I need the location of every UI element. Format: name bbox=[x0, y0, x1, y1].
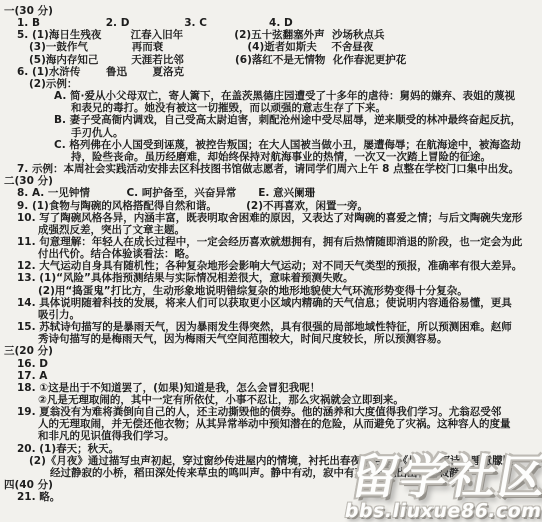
q13-part1-answer: 13. (1)“风险”具体指预测结果与实际情况相差很大，意味着预测失败。 bbox=[0, 272, 542, 284]
q5-answers-row1: 5. (1)海日生残夜 江春入旧年 (2)五十弦翻塞外声 沙场秋点兵 bbox=[0, 29, 542, 41]
q19-answer-cont2: 和非凡的见识值得我们学习。 bbox=[0, 430, 542, 442]
q15-answer-cont: 秀诗句描写的是梅雨天气，因为梅雨天气空间范围较大，时间尺度较长，所以预测容易。 bbox=[0, 333, 542, 345]
section-1-heading: 一(30 分) bbox=[0, 5, 542, 17]
q5-answers-row3: (5)海内存知己 天涯若比邻 (6)落红不是无情物 化作春泥更护花 bbox=[0, 54, 542, 66]
answer-sheet-page: 一(30 分) 1. B 2. D 3. C 4. D 5. (1)海日生残夜 … bbox=[0, 0, 542, 522]
q6-example-b: B. 妻子受高衙内调戏，自己受高太尉迫害，刺配沧州途中受尽屈辱，逆来顺受的林冲最… bbox=[0, 114, 542, 126]
q20-part1-answer: 20. (1)春天；秋天。 bbox=[0, 443, 542, 455]
q11-answer: 11. 句意理解：年轻人在成长过程中，一定会经历喜欢就想拥有，拥有后热情随即消退… bbox=[0, 236, 542, 248]
q6-example-a: A. 简·爱从小父母双亡，寄人篱下，在盖茨黑德庄园遭受了十多年的虐待：舅妈的嫌弃… bbox=[0, 90, 542, 102]
q11-answer-cont: 付出代价。结合体验谈看法：略。 bbox=[0, 248, 542, 260]
q7-answer: 7. 示例：本周社会实践活动安排去区科技图书馆做志愿者，请同学们周六上午 8 点… bbox=[0, 163, 542, 175]
q13-part2-answer: (2)用“捣蛋鬼”打比方，生动形象地说明错综复杂的地形地貌使大气环流形势变得十分… bbox=[0, 285, 542, 297]
q9-answer: 9. (1)食物与陶碗的风格搭配得自然和谐。 (2)不再喜欢，闲置一旁。 bbox=[0, 200, 542, 212]
q21-answer: 21. 略。 bbox=[0, 491, 542, 503]
q12-answer: 12. 大气运动自身具有随机性；各种复杂地形会影响大气运动；对不同天气类型的预报… bbox=[0, 260, 542, 272]
q6-example-b-cont: 手刃仇人。 bbox=[0, 127, 542, 139]
q17-answer: 17. A bbox=[0, 370, 542, 382]
q1-4-choice-answers: 1. B 2. D 3. C 4. D bbox=[0, 17, 542, 29]
q6-example-c: C. 格列佛在小人国受到诬蔑，被控告叛国；在大人国被当做小丑，屡遭侮辱；在航海途… bbox=[0, 139, 542, 151]
q18-part2-answer: ②凡是无理取闹的，其中一定有所依仗，小事不忍让，那么灾祸就会立即到来。 bbox=[0, 394, 542, 406]
q6-example-a-cont: 和表兄的毒打。她没有被这一切摧毁，而以顽强的意志生存了下来。 bbox=[0, 102, 542, 114]
q6-part1-answer: 6. (1)水浒传 鲁迅 夏洛克 bbox=[0, 66, 542, 78]
q19-answer-cont1: 人的无理取闹，并无偿还他衣物；从其异常举动中预知潜在的危险，从而避免了灾祸。这种… bbox=[0, 418, 542, 430]
q14-answer: 14. 具体说明随着科技的发展，将来人们可以获取更小区域内精确的天气信息；使说明… bbox=[0, 297, 542, 309]
q10-answer-cont: 成强烈反差，突出了文章主题。 bbox=[0, 224, 542, 236]
q8-answer: 8. A. 一见钟情 C. 呵护备至，兴奋异常 E. 意兴阑珊 bbox=[0, 187, 542, 199]
q5-answers-row2: (3)一鼓作气 再而衰 (4)逝者如斯夫 不舍昼夜 bbox=[0, 41, 542, 53]
section-4-heading: 四(40 分) bbox=[0, 479, 542, 491]
q20-part2-answer-cont: 经过静寂的小桥，稻田深处传来草虫的鸣叫声。静中有动，寂中有声，衬托出山村的寂静。 bbox=[0, 467, 542, 479]
q16-answer: 16. D bbox=[0, 358, 542, 370]
q18-part1-answer: 18. ①这是出于不知道罢了，(如果)知道是我，怎么会冒犯我呢！ bbox=[0, 382, 542, 394]
q6-part2-label: (2)示例： bbox=[0, 78, 542, 90]
q10-answer: 10. 写了陶碗风格各异，内涵丰富，既表明取舍困难的原因，又表达了对陶碗的喜爱之… bbox=[0, 212, 542, 224]
section-2-heading: 二(30 分) bbox=[0, 175, 542, 187]
q20-part2-answer: (2)《月夜》通过描写虫声初起，穿过窗纱传进屋内的情境，衬托出春夜的恬静；《早行… bbox=[0, 455, 542, 467]
q14-answer-cont: 吸引力。 bbox=[0, 309, 542, 321]
q6-example-c-cont: 持，险些丧命。虽历经磨难，却始终保持对航海事业的热情，一次又一次踏上冒险的征途。 bbox=[0, 151, 542, 163]
answer-key-document: 一(30 分) 1. B 2. D 3. C 4. D 5. (1)海日生残夜 … bbox=[0, 5, 542, 503]
q19-answer: 19. 夏翁没有为难将粪倒向自己的人，还主动撕毁他的债券。他的涵养和大度值得我们… bbox=[0, 406, 542, 418]
section-3-heading: 三(20 分) bbox=[0, 345, 542, 357]
q15-answer: 15. 苏轼诗句描写的是暴雨天气，因为暴雨发生得突然，具有很强的局部地域性特征，… bbox=[0, 321, 542, 333]
